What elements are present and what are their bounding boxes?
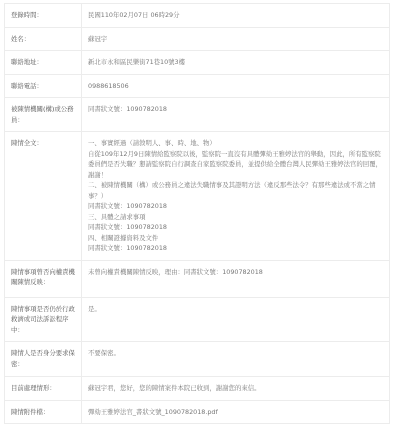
label-name: 姓名： xyxy=(5,27,82,51)
value-registration-time: 民國110年02月07日 06時29分 xyxy=(82,4,390,28)
row-address: 聯絡地址： 新北市永和區民樂街71巷10號3樓 xyxy=(5,51,390,75)
value-full-text: 一、事實經過（請敘明人、事、時、地、物） 自從109年12月9日陳情給監察院以後… xyxy=(82,132,390,261)
full-text-line: 同書狀文號：1090782018 xyxy=(88,201,383,212)
label-registration-time: 登錄時間： xyxy=(5,4,82,28)
label-phone: 聯絡電話： xyxy=(5,74,82,98)
value-litigation: 是。 xyxy=(82,297,390,342)
label-full-text: 陳情全文： xyxy=(5,132,82,261)
full-text-line: 自從109年12月9日陳情給監察院以後，監察院一直沒有具體彈劾王雅婷法官的舉動，… xyxy=(88,149,383,181)
label-litigation: 陳情事項是否仍於行政救濟或司法訴訟程序中： xyxy=(5,297,82,342)
label-prior-report: 陳情事項曾否向權責機關陳情反映： xyxy=(5,260,82,297)
value-address: 新北市永和區民樂街71巷10號3樓 xyxy=(82,51,390,75)
value-name: 蘇冠宇 xyxy=(82,27,390,51)
value-processing-status: 蘇冠宇君，您好，您的陳情案件本院已收到，謝謝您的來信。 xyxy=(82,377,390,401)
label-target-agency: 被陳情機關(構)或公務員： xyxy=(5,98,82,132)
row-target-agency: 被陳情機關(構)或公務員： 同書狀文號：1090782018 xyxy=(5,98,390,132)
full-text-line: 同書狀文號：1090782018 xyxy=(88,222,383,233)
label-processing-status: 目前處理情形： xyxy=(5,377,82,401)
row-full-text: 陳情全文： 一、事實經過（請敘明人、事、時、地、物） 自從109年12月9日陳情… xyxy=(5,132,390,261)
petition-detail-table: 登錄時間： 民國110年02月07日 06時29分 姓名： 蘇冠宇 聯絡地址： … xyxy=(4,3,390,400)
full-text-line: 一、事實經過（請敘明人、事、時、地、物） xyxy=(88,138,383,149)
row-prior-report: 陳情事項曾否向權責機關陳情反映： 未曾向權責機關陳情反映，理由：同書狀文號：10… xyxy=(5,260,390,297)
row-confidentiality: 陳情人是否身分要求保密： 不要保密。 xyxy=(5,342,390,377)
row-registration-time: 登錄時間： 民國110年02月07日 06時29分 xyxy=(5,4,390,28)
full-text-line: 二、被陳情機關（構）或公務員之違法失職情事及其證明方法（違反那些法令？有那些違法… xyxy=(88,180,383,201)
row-processing-status: 目前處理情形： 蘇冠宇君，您好，您的陳情案件本院已收到，謝謝您的來信。 xyxy=(5,377,390,401)
full-text-line: 同書狀文號：1090782018 xyxy=(88,243,383,254)
row-name: 姓名： 蘇冠宇 xyxy=(5,27,390,51)
full-text-line: 三、具體之請求事項 xyxy=(88,212,383,223)
row-phone: 聯絡電話： 0988618506 xyxy=(5,74,390,98)
label-confidentiality: 陳情人是否身分要求保密： xyxy=(5,342,82,377)
value-confidentiality: 不要保密。 xyxy=(82,342,390,377)
petition-record: 登錄時間： 民國110年02月07日 06時29分 姓名： 蘇冠宇 聯絡地址： … xyxy=(4,3,390,400)
full-text-line: 四、相關證據資料及文件 xyxy=(88,233,383,244)
label-address: 聯絡地址： xyxy=(5,51,82,75)
value-prior-report: 未曾向權責機關陳情反映，理由：同書狀文號：1090782018 xyxy=(82,260,390,297)
value-target-agency: 同書狀文號：1090782018 xyxy=(82,98,390,132)
value-phone: 0988618506 xyxy=(82,74,390,98)
row-litigation: 陳情事項是否仍於行政救濟或司法訴訟程序中： 是。 xyxy=(5,297,390,342)
